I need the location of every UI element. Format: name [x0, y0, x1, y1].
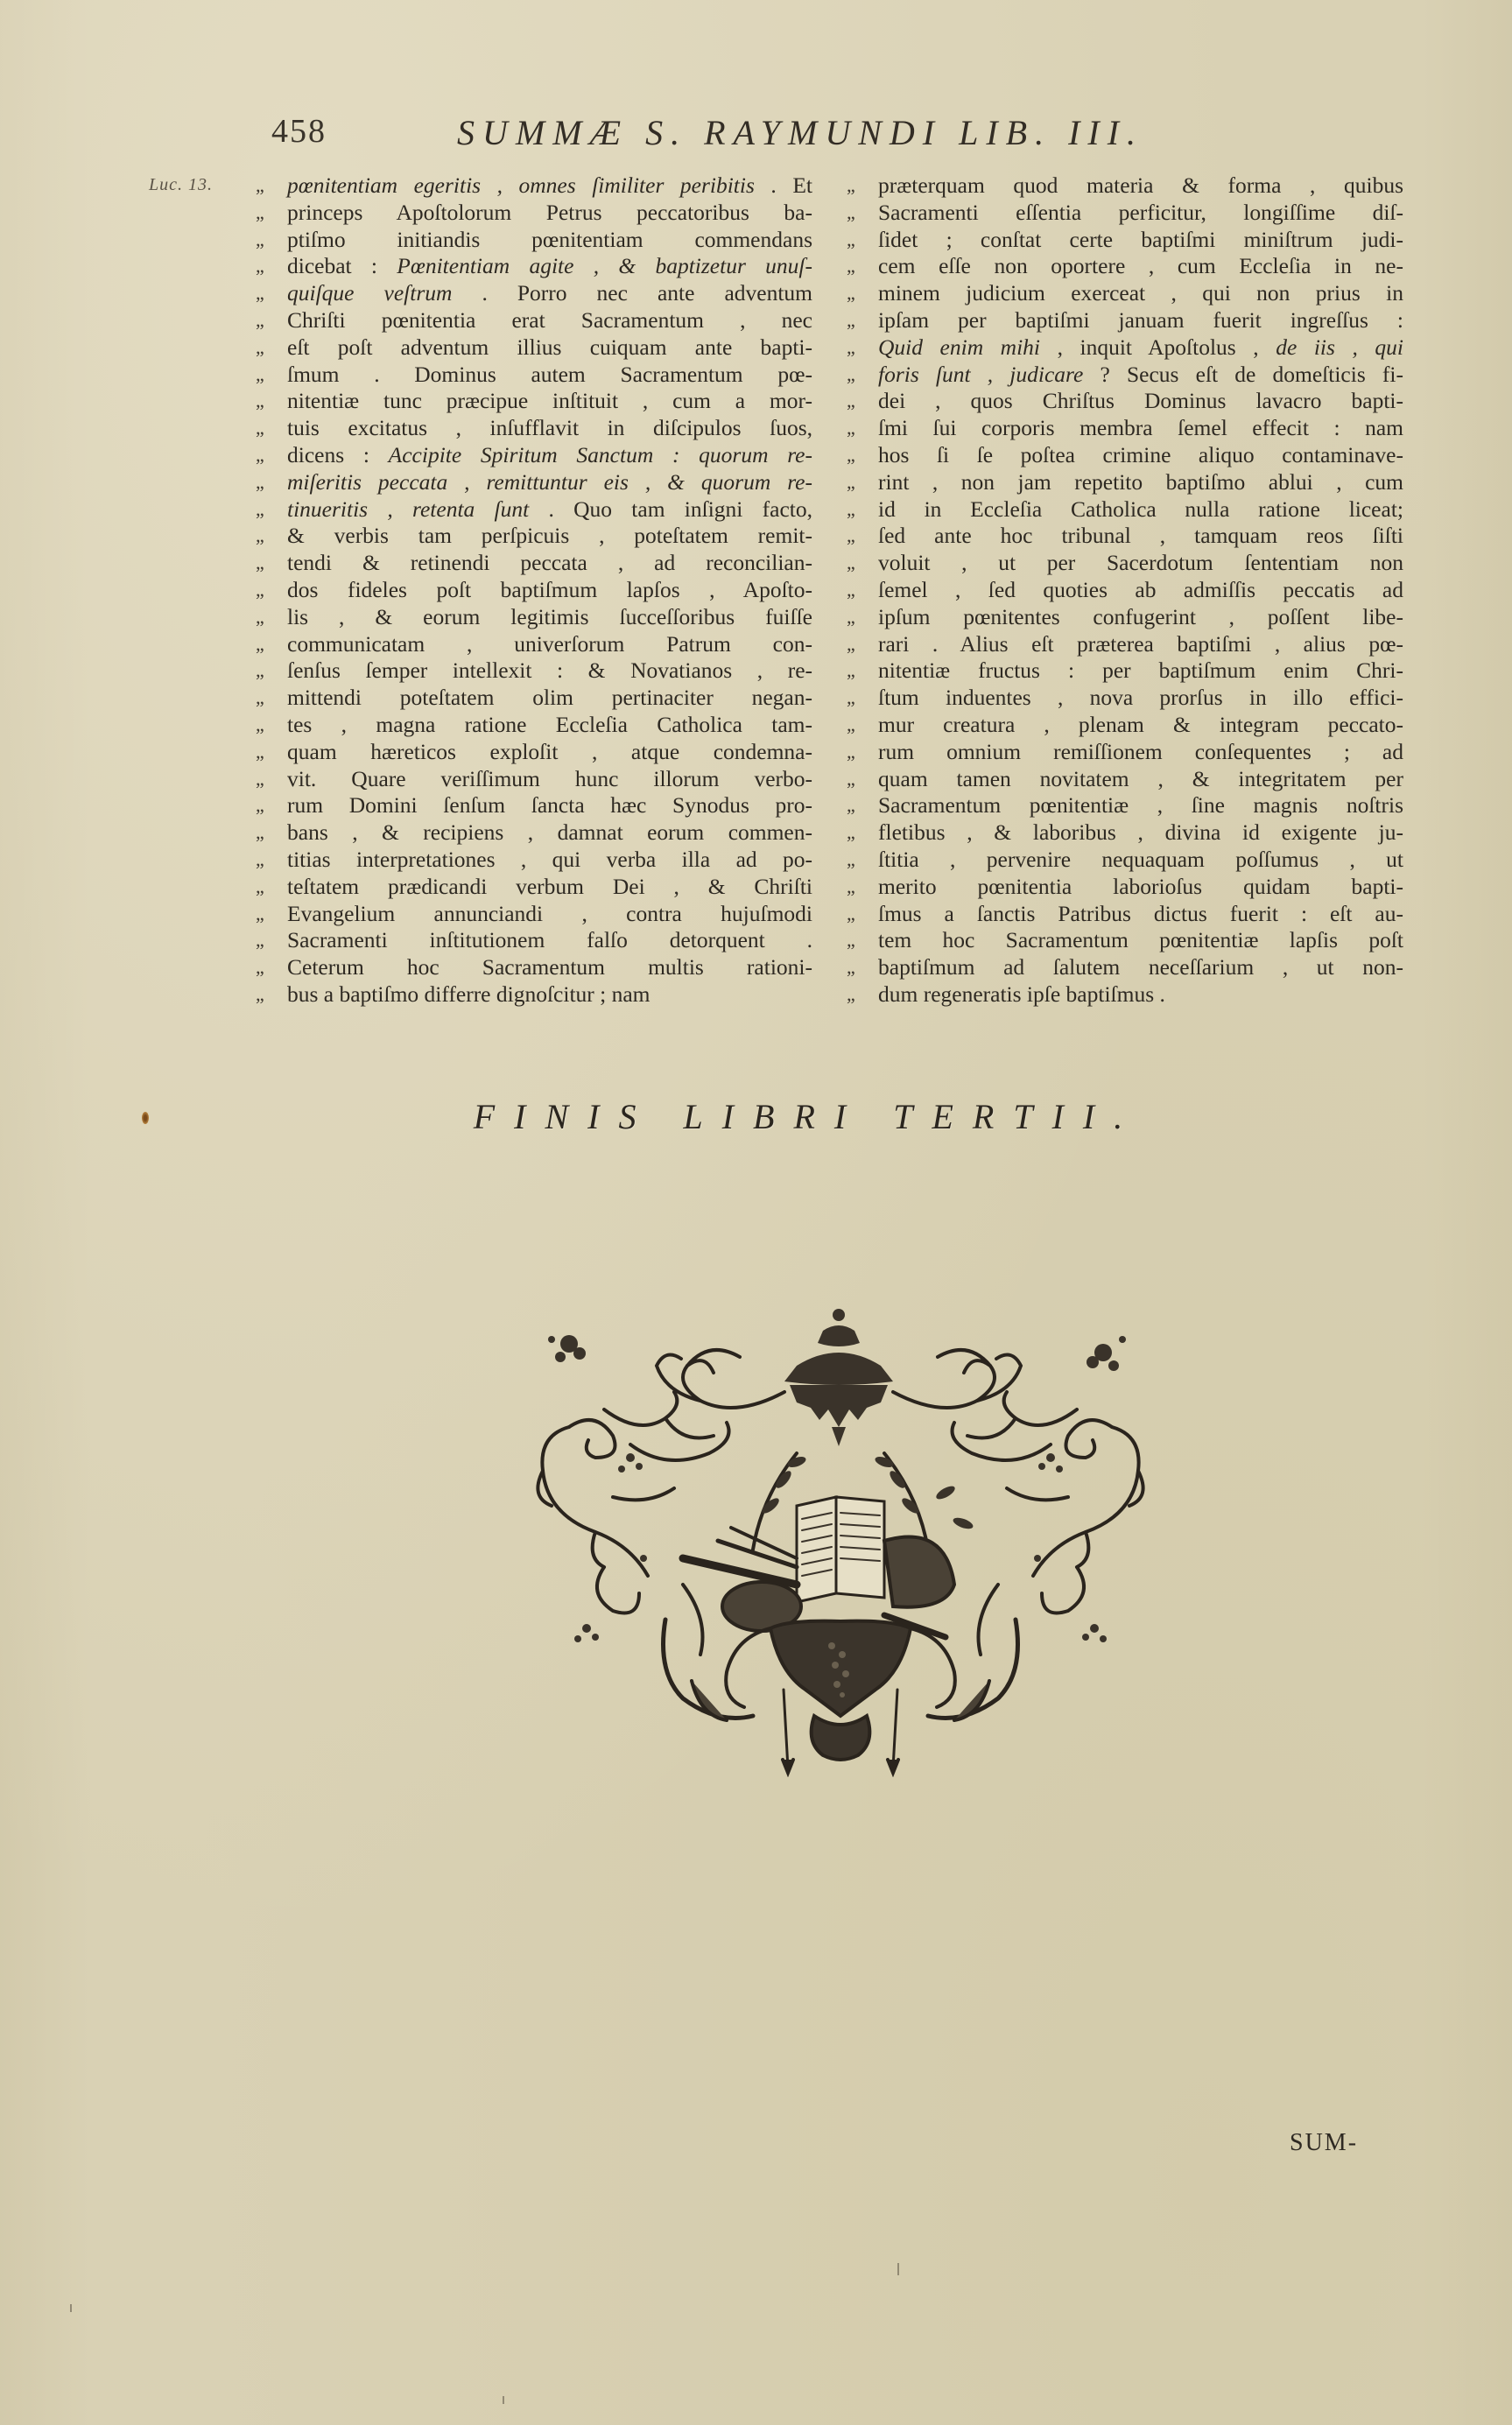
- text-line: „bans , & recipiens , damnat eorum comme…: [256, 819, 816, 847]
- text-line: „quam tamen novitatem , & integritatem p…: [847, 766, 1407, 793]
- left-text-column: „pœnitentiam egeritis , omnes ſimiliter …: [256, 172, 816, 1009]
- text-line: „lis , & eorum legitimis ſucceſſoribus f…: [256, 604, 816, 631]
- text-segment: voluit , ut per Sacerdotum ſententiam no…: [878, 550, 1403, 575]
- text-line: „ſed ante hoc tribunal , tamquam reos ſi…: [847, 523, 1407, 550]
- quotation-mark-icon: „: [256, 981, 263, 1009]
- line-text: dicebat : Pœnitentiam agite , & baptizet…: [287, 253, 812, 280]
- line-text: dos fideles poſt baptiſmum lapſos , Apoſ…: [287, 577, 812, 604]
- quotation-mark-icon: „: [256, 334, 263, 362]
- line-text: nitentiæ fructus : per baptiſmum enim Ch…: [878, 657, 1403, 685]
- text-segment: dos fideles poſt baptiſmum lapſos , Apoſ…: [287, 577, 812, 602]
- line-text: minem judicium exerceat , qui non prius …: [878, 280, 1403, 307]
- line-text: bus a baptiſmo differre dignoſcitur ; na…: [287, 981, 812, 1009]
- line-text: cem eſſe non oportere , cum Eccleſia in …: [878, 253, 1403, 280]
- text-segment: ptiſmo initiandis pœnitentiam commendans: [287, 227, 812, 252]
- text-segment: . Et: [755, 172, 812, 198]
- line-text: quiſque veſtrum . Porro nec ante adventu…: [287, 280, 812, 307]
- text-segment: dum regeneratis ipſe baptiſmus .: [878, 981, 1165, 1007]
- line-text: vit. Quare veriſſimum hunc illorum verbo…: [287, 766, 812, 793]
- quotation-mark-icon: „: [256, 792, 263, 819]
- line-text: rari . Alius eſt præterea baptiſmi , ali…: [878, 631, 1403, 658]
- text-segment: dei , quos Chriſtus Dominus lavacro bapt…: [878, 388, 1403, 413]
- text-line: „teſtatem prædicandi verbum Dei , & Chri…: [256, 874, 816, 901]
- text-segment: tem hoc Sacramentum pœnitentiæ lapſis po…: [878, 927, 1403, 952]
- text-line: „tendi & retinendi peccata , ad reconcil…: [256, 550, 816, 577]
- text-line: „hos ſi ſe poſtea crimine aliquo contami…: [847, 442, 1407, 469]
- book-page: 458 SUMMÆ S. RAYMUNDI LIB. III. Luc. 13.…: [0, 0, 1512, 2425]
- line-text: ſenſus ſemper intellexit : & Novatianos …: [287, 657, 812, 685]
- quotation-mark-icon: „: [256, 362, 263, 389]
- text-line: „cem eſſe non oportere , cum Eccleſia in…: [847, 253, 1407, 280]
- quotation-mark-icon: „: [256, 712, 263, 739]
- quotation-mark-icon: „: [256, 577, 263, 604]
- text-segment: Sacramentum pœnitentiæ , ſine magnis noſ…: [878, 792, 1403, 818]
- text-line: „dum regeneratis ipſe baptiſmus .: [847, 981, 1407, 1009]
- text-segment: ſtitia , pervenire nequaquam poſſumus , …: [878, 847, 1403, 872]
- line-text: ſtum induentes , nova prorſus in illo ef…: [878, 685, 1403, 712]
- italic-quotation: miſeritis peccata , remittuntur eis , & …: [287, 469, 812, 495]
- text-line: „dicens : Accipite Spiritum Sanctum : qu…: [256, 442, 816, 469]
- line-text: nitentiæ tunc præcipue inſtituit , cum a…: [287, 388, 812, 415]
- italic-quotation: Quid enim mihi: [878, 334, 1040, 360]
- line-text: teſtatem prædicandi verbum Dei , & Chriſ…: [287, 874, 812, 901]
- line-text: bans , & recipiens , damnat eorum commen…: [287, 819, 812, 847]
- line-text: eſt poſt adventum illius cuiquam ante ba…: [287, 334, 812, 362]
- text-line: „baptiſmum ad ſalutem neceſſarium , ut n…: [847, 954, 1407, 981]
- text-segment: id in Eccleſia Catholica nulla ratione l…: [878, 496, 1403, 522]
- quotation-mark-icon: „: [847, 550, 854, 577]
- quotation-mark-icon: „: [256, 253, 263, 280]
- text-segment: ſmi ſui corporis membra ſemel effecit : …: [878, 415, 1403, 440]
- line-text: pœnitentiam egeritis , omnes ſimiliter p…: [287, 172, 812, 200]
- text-line: „Chriſti pœnitentia erat Sacramentum , n…: [256, 307, 816, 334]
- line-text: Chriſti pœnitentia erat Sacramentum , ne…: [287, 307, 812, 334]
- quotation-mark-icon: „: [256, 685, 263, 712]
- line-text: & verbis tam perſpicuis , poteſtatem rem…: [287, 523, 812, 550]
- text-line: „minem judicium exerceat , qui non prius…: [847, 280, 1407, 307]
- quotation-mark-icon: „: [847, 415, 854, 442]
- quotation-mark-icon: „: [256, 874, 263, 901]
- text-line: „tem hoc Sacramentum pœnitentiæ lapſis p…: [847, 927, 1407, 954]
- line-text: tes , magna ratione Eccleſia Catholica t…: [287, 712, 812, 739]
- text-segment: cem eſſe non oportere , cum Eccleſia in …: [878, 253, 1403, 278]
- text-segment: Chriſti pœnitentia erat Sacramentum , ne…: [287, 307, 812, 333]
- text-line: „miſeritis peccata , remittuntur eis , &…: [256, 469, 816, 496]
- quotation-mark-icon: „: [847, 280, 854, 307]
- line-text: quam hæreticos exploſit , atque condemna…: [287, 739, 812, 766]
- quotation-mark-icon: „: [847, 712, 854, 739]
- text-line: „bus a baptiſmo differre dignoſcitur ; n…: [256, 981, 816, 1009]
- text-segment: ſemel , ſed quoties ab admiſſis peccatis…: [878, 577, 1403, 602]
- text-line: „vit. Quare veriſſimum hunc illorum verb…: [256, 766, 816, 793]
- text-line: „Sacramentum pœnitentiæ , ſine magnis no…: [847, 792, 1407, 819]
- text-segment: ſenſus ſemper intellexit : & Novatianos …: [287, 657, 812, 683]
- quotation-mark-icon: „: [256, 415, 263, 442]
- line-text: ſmus a ſanctis Patribus dictus fuerit : …: [878, 901, 1403, 928]
- line-text: dei , quos Chriſtus Dominus lavacro bapt…: [878, 388, 1403, 415]
- quotation-mark-icon: „: [847, 442, 854, 469]
- italic-quotation: de iis , qui: [1276, 334, 1403, 360]
- line-text: rum omnium remiſſionem conſequentes ; ad: [878, 739, 1403, 766]
- text-segment: princeps Apoſtolorum Petrus peccatoribus…: [287, 200, 812, 225]
- quotation-mark-icon: „: [847, 496, 854, 524]
- text-line: „Sacramenti eſſentia perficitur, longiſſ…: [847, 200, 1407, 227]
- quotation-mark-icon: „: [256, 739, 263, 766]
- text-segment: . Quo tam inſigni facto,: [529, 496, 812, 522]
- text-segment: fletibus , & laboribus , divina id exige…: [878, 819, 1403, 845]
- quotation-mark-icon: „: [256, 604, 263, 631]
- text-line: „& verbis tam perſpicuis , poteſtatem re…: [256, 523, 816, 550]
- quotation-mark-icon: „: [256, 766, 263, 793]
- text-line: „ſtitia , pervenire nequaquam poſſumus ,…: [847, 847, 1407, 874]
- text-segment: Evangelium annunciandi , contra hujuſmod…: [287, 901, 812, 926]
- text-segment: præterquam quod materia & forma , quibus: [878, 172, 1403, 198]
- text-segment: mur creatura , plenam & integram peccato…: [878, 712, 1403, 737]
- text-line: „titias interpretationes , qui verba ill…: [256, 847, 816, 874]
- line-text: foris ſunt , judicare ? Secus eſt de dom…: [878, 362, 1403, 389]
- text-segment: ſmus a ſanctis Patribus dictus fuerit : …: [878, 901, 1403, 926]
- text-segment: baptiſmum ad ſalutem neceſſarium , ut no…: [878, 954, 1403, 980]
- line-text: ſmi ſui corporis membra ſemel effecit : …: [878, 415, 1403, 442]
- line-text: ptiſmo initiandis pœnitentiam commendans: [287, 227, 812, 254]
- quotation-mark-icon: „: [256, 631, 263, 658]
- text-segment: ipſum pœnitentes confugerint , poſſent l…: [878, 604, 1403, 629]
- line-text: hos ſi ſe poſtea crimine aliquo contamin…: [878, 442, 1403, 469]
- right-text-column: „præterquam quod materia & forma , quibu…: [847, 172, 1407, 1009]
- text-segment: rint , non jam repetito baptiſmo ablui ,…: [878, 469, 1403, 495]
- quotation-mark-icon: „: [847, 469, 854, 496]
- line-text: mur creatura , plenam & integram peccato…: [878, 712, 1403, 739]
- quotation-mark-icon: „: [256, 496, 263, 524]
- quotation-mark-icon: „: [256, 469, 263, 496]
- text-segment: titias interpretationes , qui verba illa…: [287, 847, 812, 872]
- quotation-mark-icon: „: [847, 523, 854, 550]
- line-text: voluit , ut per Sacerdotum ſententiam no…: [878, 550, 1403, 577]
- text-line: „rum omnium remiſſionem conſequentes ; a…: [847, 739, 1407, 766]
- italic-quotation: Accipite Spiritum Sanctum : quorum re-: [389, 442, 812, 467]
- text-segment: ? Secus eſt de domeſticis fi-: [1083, 362, 1403, 387]
- quotation-mark-icon: „: [256, 657, 263, 685]
- text-segment: eſt poſt adventum illius cuiquam ante ba…: [287, 334, 812, 360]
- text-segment: ſtum induentes , nova prorſus in illo ef…: [878, 685, 1403, 710]
- text-segment: dicebat :: [287, 253, 397, 278]
- text-line: „mittendi poteſtatem olim pertinaciter n…: [256, 685, 816, 712]
- text-segment: quam hæreticos exploſit , atque condemna…: [287, 739, 812, 764]
- line-text: tinueritis , retenta ſunt . Quo tam inſi…: [287, 496, 812, 524]
- text-segment: bans , & recipiens , damnat eorum commen…: [287, 819, 812, 845]
- quotation-mark-icon: „: [256, 523, 263, 550]
- line-text: Sacramentum pœnitentiæ , ſine magnis noſ…: [878, 792, 1403, 819]
- baroque-tailpiece-ornament-icon: [534, 1304, 1147, 1777]
- text-line: „ſidet ; conſtat certe baptiſmi miniſtru…: [847, 227, 1407, 254]
- line-text: rint , non jam repetito baptiſmo ablui ,…: [878, 469, 1403, 496]
- text-line: „dei , quos Chriſtus Dominus lavacro bap…: [847, 388, 1407, 415]
- quotation-mark-icon: „: [256, 280, 263, 307]
- quotation-mark-icon: „: [847, 901, 854, 928]
- text-line: „ipſam per baptiſmi januam fuerit ingreſ…: [847, 307, 1407, 334]
- text-line: „Quid enim mihi , inquit Apoſtolus , de …: [847, 334, 1407, 362]
- quotation-mark-icon: „: [847, 927, 854, 954]
- quotation-mark-icon: „: [256, 172, 263, 200]
- line-text: dicens : Accipite Spiritum Sanctum : quo…: [287, 442, 812, 469]
- quotation-mark-icon: „: [847, 577, 854, 604]
- line-text: ipſum pœnitentes confugerint , poſſent l…: [878, 604, 1403, 631]
- text-line: „communicatam , univerſorum Patrum con-: [256, 631, 816, 658]
- line-text: dum regeneratis ipſe baptiſmus .: [878, 981, 1403, 1009]
- quotation-mark-icon: „: [256, 954, 263, 981]
- quotation-mark-icon: „: [256, 442, 263, 469]
- line-text: quam tamen novitatem , & integritatem pe…: [878, 766, 1403, 793]
- text-line: „id in Eccleſia Catholica nulla ratione …: [847, 496, 1407, 524]
- catchword: SUM-: [1290, 2129, 1358, 2157]
- text-segment: teſtatem prædicandi verbum Dei , & Chriſ…: [287, 874, 812, 899]
- line-text: ſemel , ſed quoties ab admiſſis peccatis…: [878, 577, 1403, 604]
- text-line: „eſt poſt adventum illius cuiquam ante b…: [256, 334, 816, 362]
- text-line: „rum Domini ſenſum ſancta hæc Synodus pr…: [256, 792, 816, 819]
- text-line: „tinueritis , retenta ſunt . Quo tam inſ…: [256, 496, 816, 524]
- line-text: ſidet ; conſtat certe baptiſmi miniſtrum…: [878, 227, 1403, 254]
- quotation-mark-icon: „: [256, 927, 263, 954]
- text-line: „nitentiæ fructus : per baptiſmum enim C…: [847, 657, 1407, 685]
- text-segment: rum omnium remiſſionem conſequentes ; ad: [878, 739, 1403, 764]
- quotation-mark-icon: „: [847, 253, 854, 280]
- quotation-mark-icon: „: [847, 739, 854, 766]
- quotation-mark-icon: „: [256, 550, 263, 577]
- line-text: tuis excitatus , inſufflavit in diſcipul…: [287, 415, 812, 442]
- text-line: „rari . Alius eſt præterea baptiſmi , al…: [847, 631, 1407, 658]
- line-text: rum Domini ſenſum ſancta hæc Synodus pro…: [287, 792, 812, 819]
- quotation-mark-icon: „: [847, 604, 854, 631]
- running-head: 458 SUMMÆ S. RAYMUNDI LIB. III.: [0, 112, 1512, 165]
- quotation-mark-icon: „: [847, 874, 854, 901]
- quotation-mark-icon: „: [847, 819, 854, 847]
- page-number: 458: [271, 112, 327, 151]
- quotation-mark-icon: „: [256, 200, 263, 227]
- text-line: „Ceterum hoc Sacramentum multis rationi-: [256, 954, 816, 981]
- text-line: „rint , non jam repetito baptiſmo ablui …: [847, 469, 1407, 496]
- text-segment: ſidet ; conſtat certe baptiſmi miniſtrum…: [878, 227, 1403, 252]
- finis-heading: FINIS LIBRI TERTII.: [0, 1096, 1512, 1137]
- text-segment: vit. Quare veriſſimum hunc illorum verbo…: [287, 766, 812, 791]
- quotation-mark-icon: „: [256, 388, 263, 415]
- line-text: Sacramenti eſſentia perficitur, longiſſi…: [878, 200, 1403, 227]
- text-segment: ipſam per baptiſmi januam fuerit ingreſſ…: [878, 307, 1403, 333]
- text-line: „ptiſmo initiandis pœnitentiam commendan…: [256, 227, 816, 254]
- line-text: baptiſmum ad ſalutem neceſſarium , ut no…: [878, 954, 1403, 981]
- text-line: „mur creatura , plenam & integram peccat…: [847, 712, 1407, 739]
- line-text: Sacramenti inſtitutionem falſo detorquen…: [287, 927, 812, 954]
- text-line: „ſmus a ſanctis Patribus dictus fuerit :…: [847, 901, 1407, 928]
- line-text: lis , & eorum legitimis ſucceſſoribus fu…: [287, 604, 812, 631]
- text-line: „merito pœnitentia laborioſus quidam bap…: [847, 874, 1407, 901]
- quotation-mark-icon: „: [256, 901, 263, 928]
- text-segment: nitentiæ fructus : per baptiſmum enim Ch…: [878, 657, 1403, 683]
- line-text: tem hoc Sacramentum pœnitentiæ lapſis po…: [878, 927, 1403, 954]
- text-segment: tes , magna ratione Eccleſia Catholica t…: [287, 712, 812, 737]
- text-segment: communicatam , univerſorum Patrum con-: [287, 631, 812, 657]
- text-line: „ſemel , ſed quoties ab admiſſis peccati…: [847, 577, 1407, 604]
- italic-quotation: foris ſunt , judicare: [878, 362, 1083, 387]
- text-line: „ſmi ſui corporis membra ſemel effecit :…: [847, 415, 1407, 442]
- line-text: Quid enim mihi , inquit Apoſtolus , de i…: [878, 334, 1403, 362]
- italic-quotation: quiſque veſtrum: [287, 280, 452, 306]
- text-line: „princeps Apoſtolorum Petrus peccatoribu…: [256, 200, 816, 227]
- paper-speck: [70, 2304, 72, 2312]
- quotation-mark-icon: „: [847, 657, 854, 685]
- text-segment: rari . Alius eſt præterea baptiſmi , ali…: [878, 631, 1403, 657]
- text-line: „ſtum induentes , nova prorſus in illo e…: [847, 685, 1407, 712]
- line-text: Evangelium annunciandi , contra hujuſmod…: [287, 901, 812, 928]
- line-text: ſed ante hoc tribunal , tamquam reos ſiſ…: [878, 523, 1403, 550]
- paper-speck: [503, 2396, 504, 2404]
- line-text: communicatam , univerſorum Patrum con-: [287, 631, 812, 658]
- line-text: mittendi poteſtatem olim pertinaciter ne…: [287, 685, 812, 712]
- quotation-mark-icon: „: [847, 362, 854, 389]
- text-segment: tuis excitatus , inſufflavit in diſcipul…: [287, 415, 812, 440]
- text-segment: minem judicium exerceat , qui non prius …: [878, 280, 1403, 306]
- text-line: „præterquam quod materia & forma , quibu…: [847, 172, 1407, 200]
- line-text: princeps Apoſtolorum Petrus peccatoribus…: [287, 200, 812, 227]
- quotation-mark-icon: „: [256, 819, 263, 847]
- text-segment: ſed ante hoc tribunal , tamquam reos ſiſ…: [878, 523, 1403, 548]
- margin-note-reference: Luc. 13.: [149, 175, 213, 195]
- line-text: tendi & retinendi peccata , ad reconcili…: [287, 550, 812, 577]
- quotation-mark-icon: „: [847, 792, 854, 819]
- quotation-mark-icon: „: [847, 334, 854, 362]
- text-segment: Sacramenti inſtitutionem falſo detorquen…: [287, 927, 812, 952]
- line-text: merito pœnitentia laborioſus quidam bapt…: [878, 874, 1403, 901]
- text-line: „dos fideles poſt baptiſmum lapſos , Apo…: [256, 577, 816, 604]
- text-segment: Ceterum hoc Sacramentum multis rationi-: [287, 954, 812, 980]
- quotation-mark-icon: „: [847, 847, 854, 874]
- text-segment: dicens :: [287, 442, 389, 467]
- text-line: „tuis excitatus , inſufflavit in diſcipu…: [256, 415, 816, 442]
- line-text: fletibus , & laboribus , divina id exige…: [878, 819, 1403, 847]
- line-text: ſtitia , pervenire nequaquam poſſumus , …: [878, 847, 1403, 874]
- text-line: „quam hæreticos exploſit , atque condemn…: [256, 739, 816, 766]
- text-line: „ſmum . Dominus autem Sacramentum pœ-: [256, 362, 816, 389]
- running-title: SUMMÆ S. RAYMUNDI LIB. III.: [457, 112, 1143, 153]
- text-segment: & verbis tam perſpicuis , poteſtatem rem…: [287, 523, 812, 548]
- text-segment: tendi & retinendi peccata , ad reconcili…: [287, 550, 812, 575]
- text-line: „Evangelium annunciandi , contra hujuſmo…: [256, 901, 816, 928]
- text-line: „voluit , ut per Sacerdotum ſententiam n…: [847, 550, 1407, 577]
- text-segment: nitentiæ tunc præcipue inſtituit , cum a…: [287, 388, 812, 413]
- quotation-mark-icon: „: [847, 685, 854, 712]
- italic-quotation: pœnitentiam egeritis , omnes ſimiliter p…: [287, 172, 755, 198]
- line-text: id in Eccleſia Catholica nulla ratione l…: [878, 496, 1403, 524]
- line-text: ſmum . Dominus autem Sacramentum pœ-: [287, 362, 812, 389]
- text-line: „nitentiæ tunc præcipue inſtituit , cum …: [256, 388, 816, 415]
- line-text: miſeritis peccata , remittuntur eis , & …: [287, 469, 812, 496]
- text-line: „quiſque veſtrum . Porro nec ante advent…: [256, 280, 816, 307]
- text-segment: hos ſi ſe poſtea crimine aliquo contamin…: [878, 442, 1403, 467]
- finis-text: FINIS LIBRI TERTII.: [474, 1096, 1143, 1137]
- line-text: præterquam quod materia & forma , quibus: [878, 172, 1403, 200]
- text-segment: lis , & eorum legitimis ſucceſſoribus fu…: [287, 604, 812, 629]
- text-line: „foris ſunt , judicare ? Secus eſt de do…: [847, 362, 1407, 389]
- text-segment: quam tamen novitatem , & integritatem pe…: [878, 766, 1403, 791]
- text-segment: bus a baptiſmo differre dignoſcitur ; na…: [287, 981, 651, 1007]
- text-line: „tes , magna ratione Eccleſia Catholica …: [256, 712, 816, 739]
- text-segment: mittendi poteſtatem olim pertinaciter ne…: [287, 685, 812, 710]
- quotation-mark-icon: „: [847, 307, 854, 334]
- line-text: ipſam per baptiſmi januam fuerit ingreſſ…: [878, 307, 1403, 334]
- text-line: „dicebat : Pœnitentiam agite , & baptize…: [256, 253, 816, 280]
- line-text: Ceterum hoc Sacramentum multis rationi-: [287, 954, 812, 981]
- text-line: „Sacramenti inſtitutionem falſo detorque…: [256, 927, 816, 954]
- quotation-mark-icon: „: [847, 200, 854, 227]
- quotation-mark-icon: „: [256, 307, 263, 334]
- quotation-mark-icon: „: [847, 954, 854, 981]
- quotation-mark-icon: „: [847, 388, 854, 415]
- quotation-mark-icon: „: [847, 981, 854, 1009]
- text-line: „ipſum pœnitentes confugerint , poſſent …: [847, 604, 1407, 631]
- quotation-mark-icon: „: [847, 172, 854, 200]
- text-line: „pœnitentiam egeritis , omnes ſimiliter …: [256, 172, 816, 200]
- line-text: titias interpretationes , qui verba illa…: [287, 847, 812, 874]
- italic-quotation: Pœnitentiam agite , & baptizetur unuſ-: [397, 253, 812, 278]
- quotation-mark-icon: „: [256, 227, 263, 254]
- text-segment: . Porro nec ante adventum: [452, 280, 812, 306]
- quotation-mark-icon: „: [847, 766, 854, 793]
- text-segment: Sacramenti eſſentia perficitur, longiſſi…: [878, 200, 1403, 225]
- paper-speck: [897, 2263, 899, 2275]
- italic-quotation: tinueritis , retenta ſunt: [287, 496, 529, 522]
- text-line: „fletibus , & laboribus , divina id exig…: [847, 819, 1407, 847]
- quotation-mark-icon: „: [256, 847, 263, 874]
- text-segment: , inquit Apoſtolus ,: [1040, 334, 1276, 360]
- text-segment: merito pœnitentia laborioſus quidam bapt…: [878, 874, 1403, 899]
- text-segment: ſmum . Dominus autem Sacramentum pœ-: [287, 362, 812, 387]
- text-line: „ſenſus ſemper intellexit : & Novatianos…: [256, 657, 816, 685]
- quotation-mark-icon: „: [847, 227, 854, 254]
- quotation-mark-icon: „: [847, 631, 854, 658]
- text-segment: rum Domini ſenſum ſancta hæc Synodus pro…: [287, 792, 812, 818]
